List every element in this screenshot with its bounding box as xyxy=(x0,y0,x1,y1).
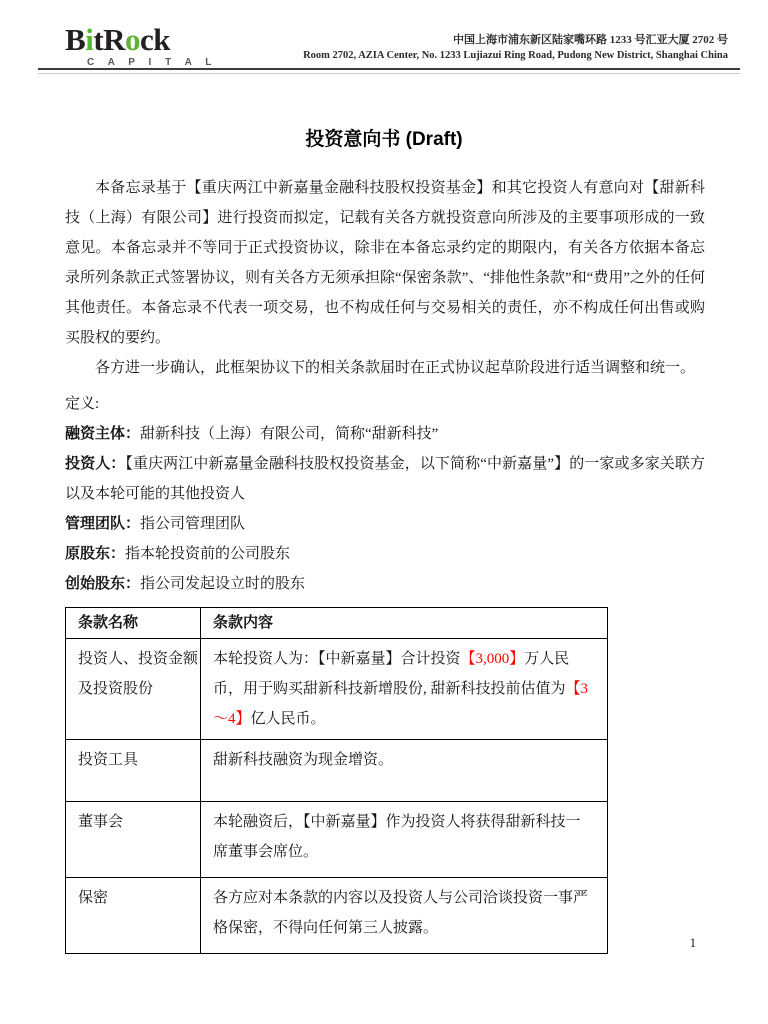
content-text: 甜新科技融资为现金增资。 xyxy=(213,752,393,768)
logo-wordmark: BitRock xyxy=(65,24,217,55)
definitions-section: 定义: 融资主体：甜新科技（上海）有限公司，简称“甜新科技” 投资人：【重庆两江… xyxy=(65,389,705,599)
term-content-cell: 本轮投资人为：【中新嘉量】合计投资【3,000】万人民币，用于购买甜新科技新增股… xyxy=(201,639,608,740)
definition-desc: 【重庆两江中新嘉量金融科技股权投资基金，以下简称“中新嘉量”】的一家或多家关联方… xyxy=(65,456,705,502)
term-name-cell: 保密 xyxy=(66,878,201,954)
paragraph-confirmation: 各方进一步确认，此框架协议下的相关条款届时在正式协议起草阶段进行适当调整和统一。 xyxy=(65,353,705,383)
logo-letter: c xyxy=(140,22,153,57)
table-header-term-content: 条款内容 xyxy=(201,608,608,639)
content-text: 亿人民币。 xyxy=(251,711,326,727)
table-row: 保密 各方应对本条款的内容以及投资人与公司洽谈投资一事严格保密，不得向任何第三人… xyxy=(66,878,608,954)
definition-item: 投资人：【重庆两江中新嘉量金融科技股权投资基金，以下简称“中新嘉量”】的一家或多… xyxy=(65,449,705,509)
term-content-cell: 本轮融资后，【中新嘉量】作为投资人将获得甜新科技一席董事会席位。 xyxy=(201,802,608,878)
content-text: 本轮融资后，【中新嘉量】作为投资人将获得甜新科技一席董事会席位。 xyxy=(213,814,581,860)
logo-letter: t xyxy=(93,22,103,57)
document-title: 投资意向书 (Draft) xyxy=(0,124,768,151)
definition-item: 原股东：指本轮投资前的公司股东 xyxy=(65,539,705,569)
logo-subtitle: C A P I T A L xyxy=(65,58,217,68)
table-row: 投资人、投资金额及投资股份 本轮投资人为：【中新嘉量】合计投资【3,000】万人… xyxy=(66,639,608,740)
page-number: 1 xyxy=(690,936,696,951)
table-header-term-name: 条款名称 xyxy=(66,608,201,639)
address-line-english: Room 2702, AZIA Center, No. 1233 Lujiazu… xyxy=(303,48,728,63)
highlight-investment-amount: 【3,000】 xyxy=(461,651,525,667)
content-text: 各方应对本条款的内容以及投资人与公司洽谈投资一事严格保密，不得向任何第三人披露。 xyxy=(213,890,588,936)
logo-letter: k xyxy=(153,22,170,57)
term-content-cell: 各方应对本条款的内容以及投资人与公司洽谈投资一事严格保密，不得向任何第三人披露。 xyxy=(201,878,608,954)
definition-term: 管理团队： xyxy=(65,516,140,532)
definition-term: 融资主体： xyxy=(65,426,140,442)
bitrock-logo: BitRock C A P I T A L xyxy=(65,24,217,68)
document-body: 本备忘录基于【重庆两江中新嘉量金融科技股权投资基金】和其它投资人有意向对【甜新科… xyxy=(65,173,705,599)
definition-desc: 指本轮投资前的公司股东 xyxy=(125,546,290,562)
address-line-chinese: 中国上海市浦东新区陆家嘴环路 1233 号汇亚大厦 2702 号 xyxy=(303,33,728,48)
definition-term: 投资人： xyxy=(65,456,125,472)
logo-letter: B xyxy=(65,22,85,57)
table-header-row: 条款名称 条款内容 xyxy=(66,608,608,639)
logo-letter: o xyxy=(125,22,140,57)
definition-desc: 指公司发起设立时的股东 xyxy=(140,576,305,592)
definition-desc: 甜新科技（上海）有限公司，简称“甜新科技” xyxy=(140,426,438,442)
table-row: 董事会 本轮融资后，【中新嘉量】作为投资人将获得甜新科技一席董事会席位。 xyxy=(66,802,608,878)
term-name-cell: 投资工具 xyxy=(66,740,201,802)
term-name-cell: 董事会 xyxy=(66,802,201,878)
paragraph-intro: 本备忘录基于【重庆两江中新嘉量金融科技股权投资基金】和其它投资人有意向对【甜新科… xyxy=(65,173,705,353)
definition-term: 原股东： xyxy=(65,546,125,562)
term-content-cell: 甜新科技融资为现金增资。 xyxy=(201,740,608,802)
definitions-heading: 定义: xyxy=(65,389,705,419)
company-address: 中国上海市浦东新区陆家嘴环路 1233 号汇亚大厦 2702 号 Room 27… xyxy=(303,33,728,63)
definition-item: 管理团队：指公司管理团队 xyxy=(65,509,705,539)
header-rule xyxy=(38,68,740,70)
document-header: BitRock C A P I T A L 中国上海市浦东新区陆家嘴环路 123… xyxy=(0,0,768,80)
definition-term: 创始股东： xyxy=(65,576,140,592)
table-row: 投资工具 甜新科技融资为现金增资。 xyxy=(66,740,608,802)
terms-table: 条款名称 条款内容 投资人、投资金额及投资股份 本轮投资人为：【中新嘉量】合计投… xyxy=(65,607,608,954)
definition-item: 创始股东：指公司发起设立时的股东 xyxy=(65,569,705,599)
header-rule-shadow xyxy=(38,73,740,74)
term-name-cell: 投资人、投资金额及投资股份 xyxy=(66,639,201,740)
content-text: 本轮投资人为：【中新嘉量】合计投资 xyxy=(213,651,461,667)
definition-item: 融资主体：甜新科技（上海）有限公司，简称“甜新科技” xyxy=(65,419,705,449)
definition-desc: 指公司管理团队 xyxy=(140,516,245,532)
logo-letter: R xyxy=(103,22,125,57)
document-page: BitRock C A P I T A L 中国上海市浦东新区陆家嘴环路 123… xyxy=(0,0,768,1024)
